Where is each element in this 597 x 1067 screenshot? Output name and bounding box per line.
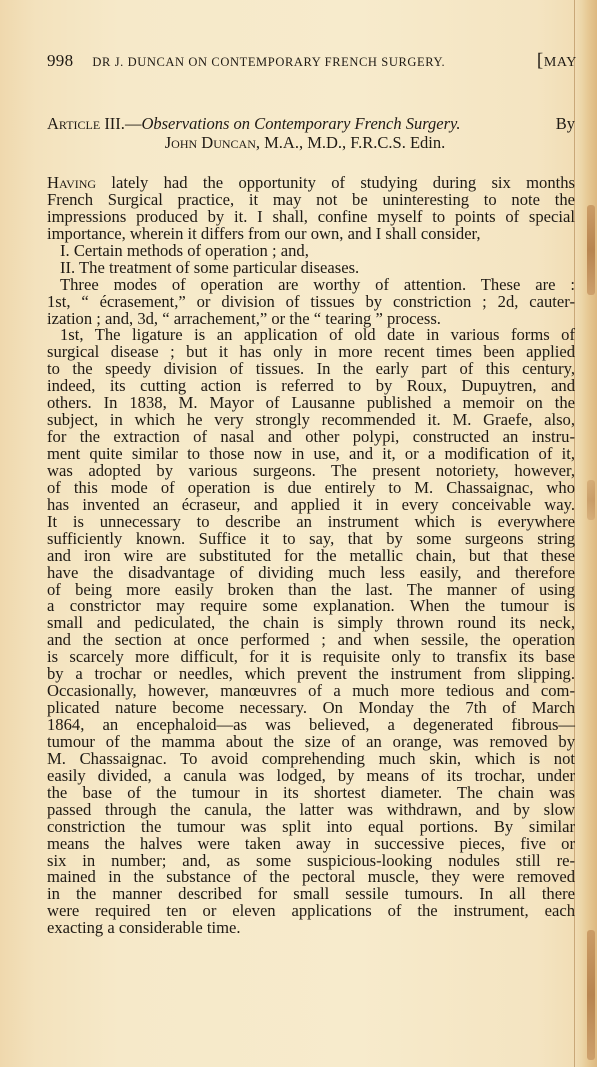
author-name: John Duncan,	[165, 133, 260, 152]
month-label: MAY	[544, 55, 577, 70]
running-title: DR J. DUNCAN ON CONTEMPORARY FRENCH SURG…	[92, 55, 445, 70]
article-title: Article III.—Observations on Contemporar…	[47, 114, 461, 133]
article-title-text: Observations on Contemporary French Surg…	[141, 114, 460, 133]
page-edge	[574, 0, 597, 1067]
text-line: have the disadvantage of dividing much l…	[47, 565, 575, 582]
author-credentials: M.A., M.D., F.R.C.S. Edin.	[264, 133, 445, 152]
running-head: 998 DR J. DUNCAN ON CONTEMPORARY FRENCH …	[47, 50, 577, 72]
article-title-line: Article III.—Observations on Contemporar…	[47, 114, 575, 133]
running-head-month: [MAY	[537, 50, 577, 72]
article-label: Article III.	[47, 114, 125, 133]
text-line: exacting a considerable time.	[47, 920, 575, 937]
bracket-glyph: [	[537, 50, 544, 71]
page-number: 998	[47, 51, 73, 71]
page-edge-stain	[587, 480, 595, 520]
text-line: 1st, “ écrasement,” or division of tissu…	[47, 294, 575, 311]
body-text: Having lately had the opportunity of stu…	[47, 175, 575, 937]
article-author-line: John Duncan, M.A., M.D., F.R.C.S. Edin.	[47, 133, 575, 152]
page-edge-stain	[587, 930, 595, 1060]
text-line: means the halves were taken away in succ…	[47, 836, 575, 853]
article-heading: Article III.—Observations on Contemporar…	[47, 114, 575, 152]
article-by: By	[556, 114, 575, 133]
article-dash: —	[125, 114, 142, 133]
page-edge-stain	[587, 205, 595, 295]
